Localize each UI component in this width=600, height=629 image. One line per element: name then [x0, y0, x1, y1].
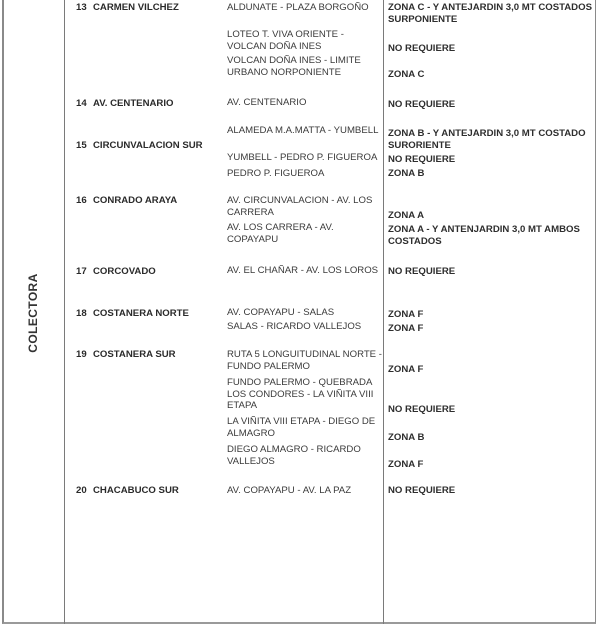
street-name: CORCOVADO	[93, 266, 156, 278]
segment-text: FUNDO PALERMO - QUEBRADA	[227, 377, 372, 389]
segment-text: PEDRO P. FIGUEROA	[227, 168, 324, 180]
category-cell: COLECTORA	[2, 0, 64, 624]
requirement-text: ZONA C	[388, 69, 424, 81]
segment-text: ALAMEDA M.A.MATTA - YUMBELL	[227, 125, 378, 137]
segment-text: LOTEO T. VIVA ORIENTE -	[227, 29, 344, 41]
requirement-text: ZONA F	[388, 323, 423, 335]
requirement-text: SURPONIENTE	[388, 14, 457, 26]
segment-text: YUMBELL - PEDRO P. FIGUEROA	[227, 152, 377, 164]
row-number: 17	[76, 266, 87, 278]
requirement-text: ZONA B - Y ANTEJARDIN 3,0 MT COSTADO	[388, 128, 586, 140]
row-number: 20	[76, 485, 87, 497]
requirement-text: NO REQUIERE	[388, 154, 455, 166]
requirement-text: ZONA A	[388, 210, 424, 222]
segment-text: FUNDO PALERMO	[227, 361, 310, 373]
segment-text: CARRERA	[227, 207, 274, 219]
requirement-text: SURORIENTE	[388, 140, 451, 152]
requirement-text: ZONA B	[388, 432, 424, 444]
column-divider	[64, 0, 65, 624]
row-number: 18	[76, 308, 87, 320]
segment-text: ALDUNATE - PLAZA BORGOÑO	[227, 2, 369, 14]
requirement-text: ZONA A - Y ANTENJARDIN 3,0 MT AMBOS	[388, 224, 580, 236]
segment-text: AV. CENTENARIO	[227, 97, 306, 109]
segment-text: VALLEJOS	[227, 456, 275, 468]
street-name: CONRADO ARAYA	[93, 195, 177, 207]
requirement-text: NO REQUIERE	[388, 43, 455, 55]
requirement-text: ZONA F	[388, 459, 423, 471]
segment-text: AV. COPAYAPU - AV. LA PAZ	[227, 485, 351, 497]
row-number: 13	[76, 2, 87, 14]
requirement-text: ZONA B	[388, 168, 424, 180]
street-name: AV. CENTENARIO	[93, 98, 174, 110]
row-number: 19	[76, 349, 87, 361]
requirement-text: NO REQUIERE	[388, 485, 455, 497]
segment-text: VOLCAN DOÑA INES - LIMITE	[227, 55, 361, 67]
street-name: COSTANERA SUR	[93, 349, 176, 361]
segment-text: AV. EL CHAÑAR - AV. LOS LOROS	[227, 265, 378, 277]
row-number: 14	[76, 98, 87, 110]
requirement-text: NO REQUIERE	[388, 266, 455, 278]
segment-text: ETAPA	[227, 400, 257, 412]
requirement-text: NO REQUIERE	[388, 404, 455, 416]
street-name: COSTANERA NORTE	[93, 308, 189, 320]
requirement-text: NO REQUIERE	[388, 99, 455, 111]
segment-text: AV. COPAYAPU - SALAS	[227, 307, 334, 319]
row-number: 16	[76, 195, 87, 207]
street-name: CARMEN VILCHEZ	[93, 2, 179, 14]
column-divider	[383, 0, 384, 624]
segment-text: URBANO NORPONIENTE	[227, 67, 341, 79]
segment-text: SALAS - RICARDO VALLEJOS	[227, 321, 361, 333]
requirement-text: ZONA F	[388, 364, 423, 376]
segment-text: COPAYAPU	[227, 234, 278, 246]
segment-text: ALMAGRO	[227, 428, 275, 440]
requirement-text: ZONA C - Y ANTEJARDIN 3,0 MT COSTADOS	[388, 2, 592, 14]
street-name: CHACABUCO SUR	[93, 485, 179, 497]
segment-text: LOS CONDORES - LA VIÑITA VIII	[227, 389, 373, 401]
street-name: CIRCUNVALACION SUR	[93, 140, 203, 152]
segment-text: RUTA 5 LONGUITUDINAL NORTE -	[227, 349, 382, 361]
category-label: COLECTORA	[26, 273, 40, 352]
requirement-text: ZONA F	[388, 309, 423, 321]
segment-text: LA VIÑITA VIII ETAPA - DIEGO DE	[227, 416, 375, 428]
segment-text: AV. LOS CARRERA - AV.	[227, 222, 334, 234]
row-number: 15	[76, 140, 87, 152]
segment-text: VOLCAN DOÑA INES	[227, 41, 321, 53]
segment-text: AV. CIRCUNVALACION - AV. LOS	[227, 195, 372, 207]
segment-text: DIEGO ALMAGRO - RICARDO	[227, 444, 361, 456]
requirement-text: COSTADOS	[388, 236, 442, 248]
